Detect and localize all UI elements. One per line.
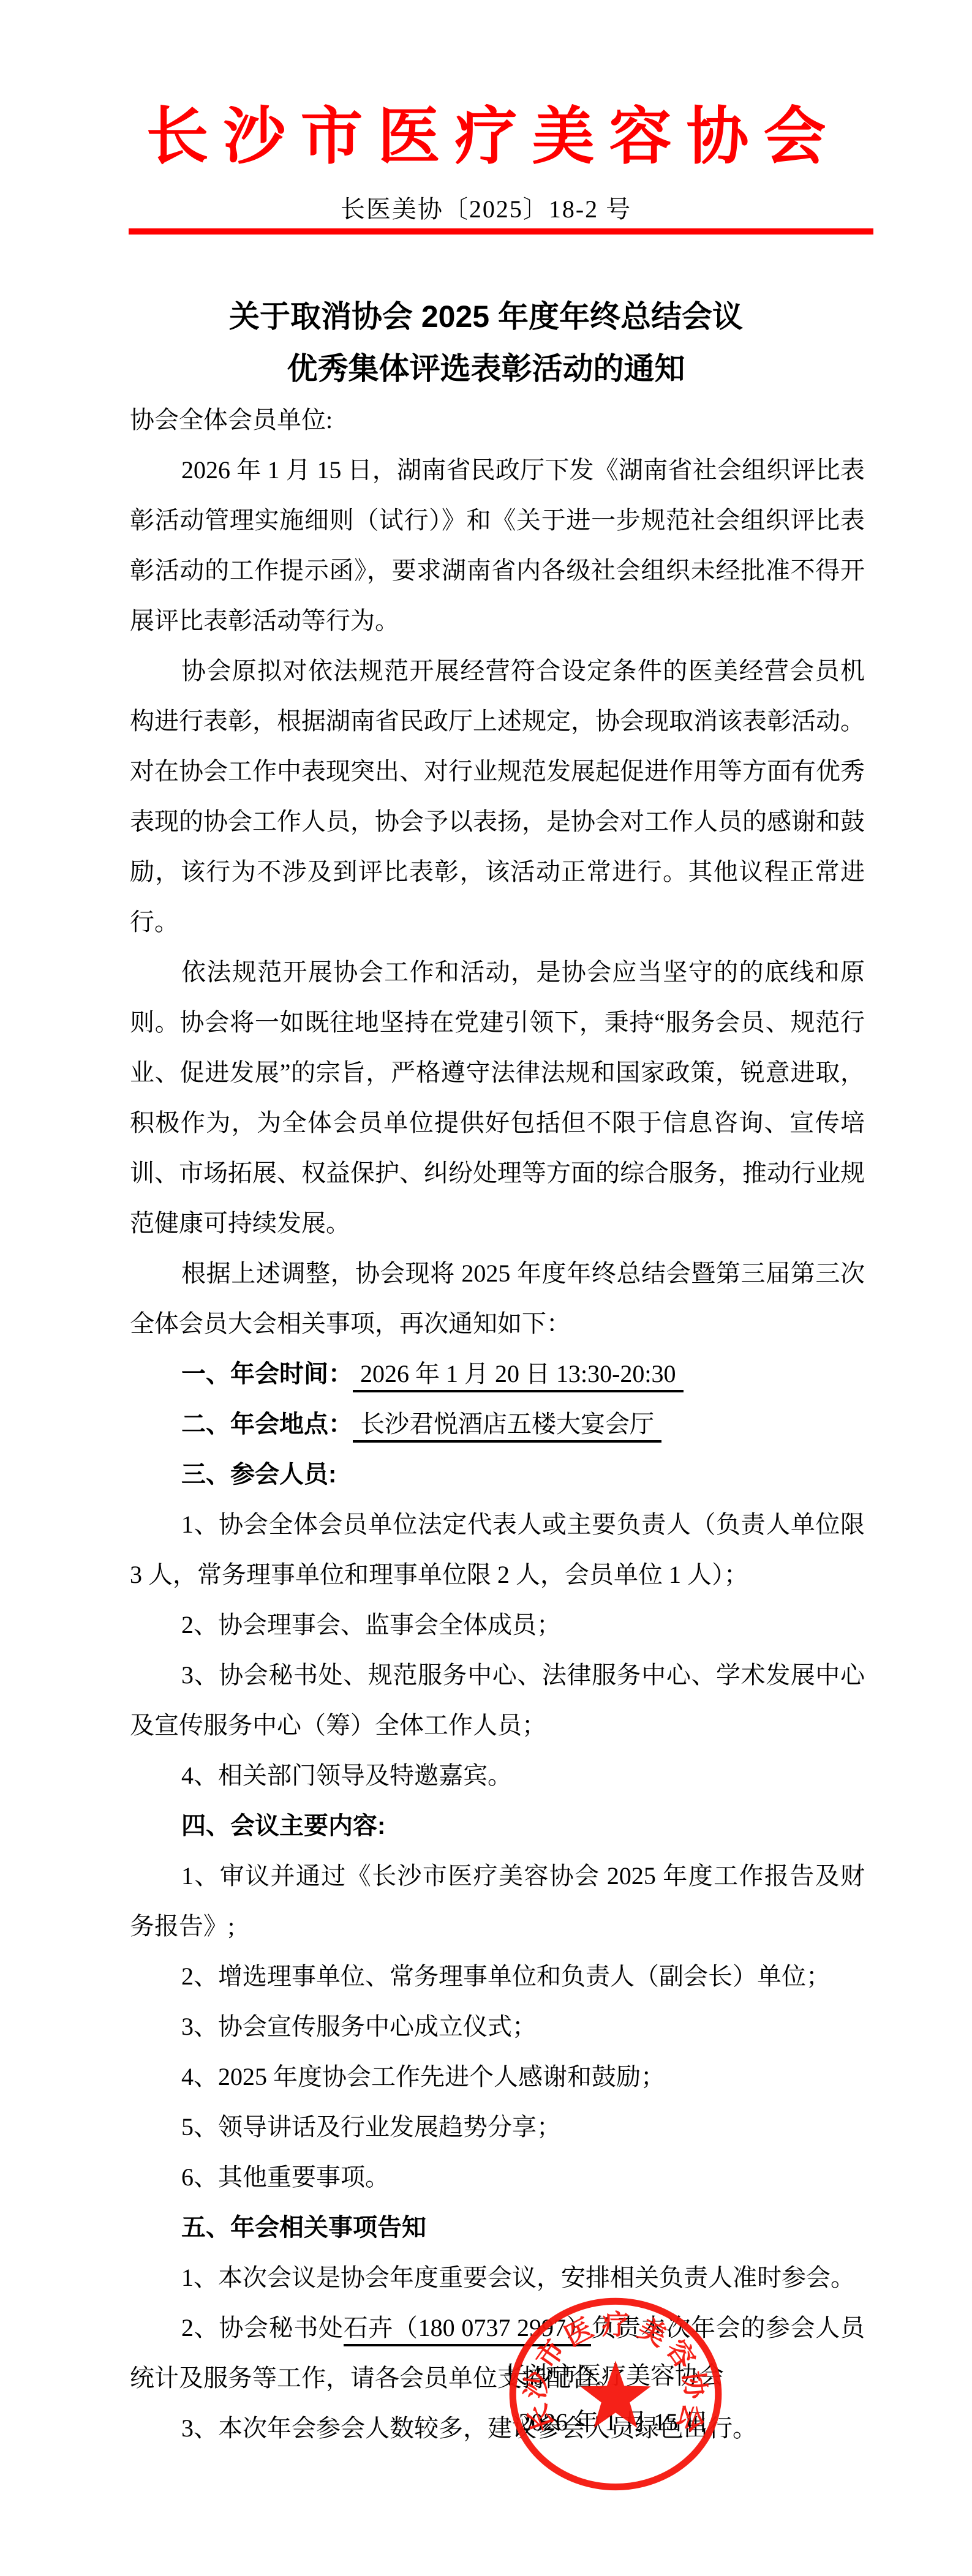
meeting-time-label: 一、年会时间： [181, 1361, 353, 1388]
attendees-item-1: 1、协会全体会员单位法定代表人或主要负责人（负责人单位限 3 人，常务理事单位和… [130, 1500, 865, 1600]
svg-text:容: 容 [660, 2335, 701, 2375]
svg-text:疗: 疗 [602, 2310, 629, 2340]
attendees-item-3: 3、协会秘书处、规范服务中心、法律服务中心、学术发展中心及宣传服务中心（筹）全体… [130, 1650, 865, 1751]
agenda-item-5: 5、领导讲话及行业发展趋势分享； [130, 2102, 865, 2152]
svg-text:美: 美 [633, 2313, 671, 2353]
agenda-item-1: 1、审议并通过《长沙市医疗美容协会 2025 年度工作报告及财务报告》; [130, 1851, 865, 1951]
meeting-venue-line: 二、年会地点：长沙君悦酒店五楼大宴会厅 [130, 1399, 865, 1449]
red-star-icon [580, 2360, 650, 2428]
salutation: 协会全体会员单位: [130, 395, 865, 445]
document-body: 协会全体会员单位: 2026 年 1 月 15 日，湖南省民政厅下发《湖南省社会… [130, 395, 865, 2454]
svg-text:长: 长 [522, 2400, 560, 2436]
agenda-item-2: 2、增选理事单位、常务理事单位和负责人（副会长）单位； [130, 1951, 865, 2002]
meeting-time-line: 一、年会时间：2026 年 1 月 20 日 13:30-20:30 [130, 1349, 865, 1399]
svg-text:市: 市 [530, 2335, 571, 2375]
svg-text:会: 会 [671, 2400, 709, 2436]
paragraph-background-1: 2026 年 1 月 15 日，湖南省民政厅下发《湖南省社会组织评比表彰活动管理… [130, 445, 865, 646]
meeting-venue-label: 二、年会地点： [181, 1411, 353, 1438]
notice-item-2-prefix: 2、协会秘书处 [181, 2314, 344, 2341]
meeting-venue-value: 长沙君悦酒店五楼大宴会厅 [353, 1410, 661, 1443]
section-heading-notices: 五、年会相关事项告知 [130, 2202, 865, 2253]
section-heading-attendees: 三、参会人员: [130, 1449, 865, 1500]
paragraph-background-3: 依法规范开展协会工作和活动，是协会应当坚守的的底线和原则。协会将一如既往地坚持在… [130, 947, 865, 1249]
official-seal-stamp: 长 沙 市 医 疗 美 容 协 会 [501, 2294, 730, 2498]
seal-graphics: 长 沙 市 医 疗 美 容 协 会 [513, 2301, 718, 2487]
document-title: 关于取消协会 2025 年度年终总结会议 优秀集体评选表彰活动的通知 [0, 291, 972, 395]
svg-text:协: 协 [677, 2370, 711, 2401]
org-title: 长沙市医疗美容协会 [0, 87, 972, 176]
attendees-item-2: 2、协会理事会、监事会全体成员； [130, 1600, 865, 1650]
agenda-item-3: 3、协会宣传服务中心成立仪式； [130, 2002, 865, 2052]
agenda-item-6: 6、其他重要事项。 [130, 2152, 865, 2202]
svg-text:医: 医 [560, 2313, 598, 2353]
svg-text:沙: 沙 [521, 2368, 554, 2400]
paragraph-background-4: 根据上述调整，协会现将 2025 年度年终总结会暨第三届第三次全体会员大会相关事… [130, 1249, 865, 1349]
paragraph-background-2: 协会原拟对依法规范开展经营符合设定条件的医美经营会员机构进行表彰，根据湖南省民政… [130, 646, 865, 947]
document-title-line2: 优秀集体评选表彰活动的通知 [0, 343, 972, 395]
doc-number: 长医美协〔2025〕18-2 号 [0, 190, 972, 225]
attendees-item-4: 4、相关部门领导及特邀嘉宾。 [130, 1751, 865, 1801]
meeting-time-value: 2026 年 1 月 20 日 13:30-20:30 [353, 1360, 684, 1392]
notice-document-page: 长沙市医疗美容协会 长医美协〔2025〕18-2 号 关于取消协会 2025 年… [0, 0, 972, 2576]
section-heading-agenda: 四、会议主要内容: [130, 1801, 865, 1851]
notice-item-1: 1、本次会议是协会年度重要会议，安排相关负责人准时参会。 [130, 2253, 865, 2303]
agenda-item-4: 4、2025 年度协会工作先进个人感谢和鼓励； [130, 2052, 865, 2102]
document-title-line1: 关于取消协会 2025 年度年终总结会议 [0, 291, 972, 343]
red-divider-rule [129, 228, 873, 235]
